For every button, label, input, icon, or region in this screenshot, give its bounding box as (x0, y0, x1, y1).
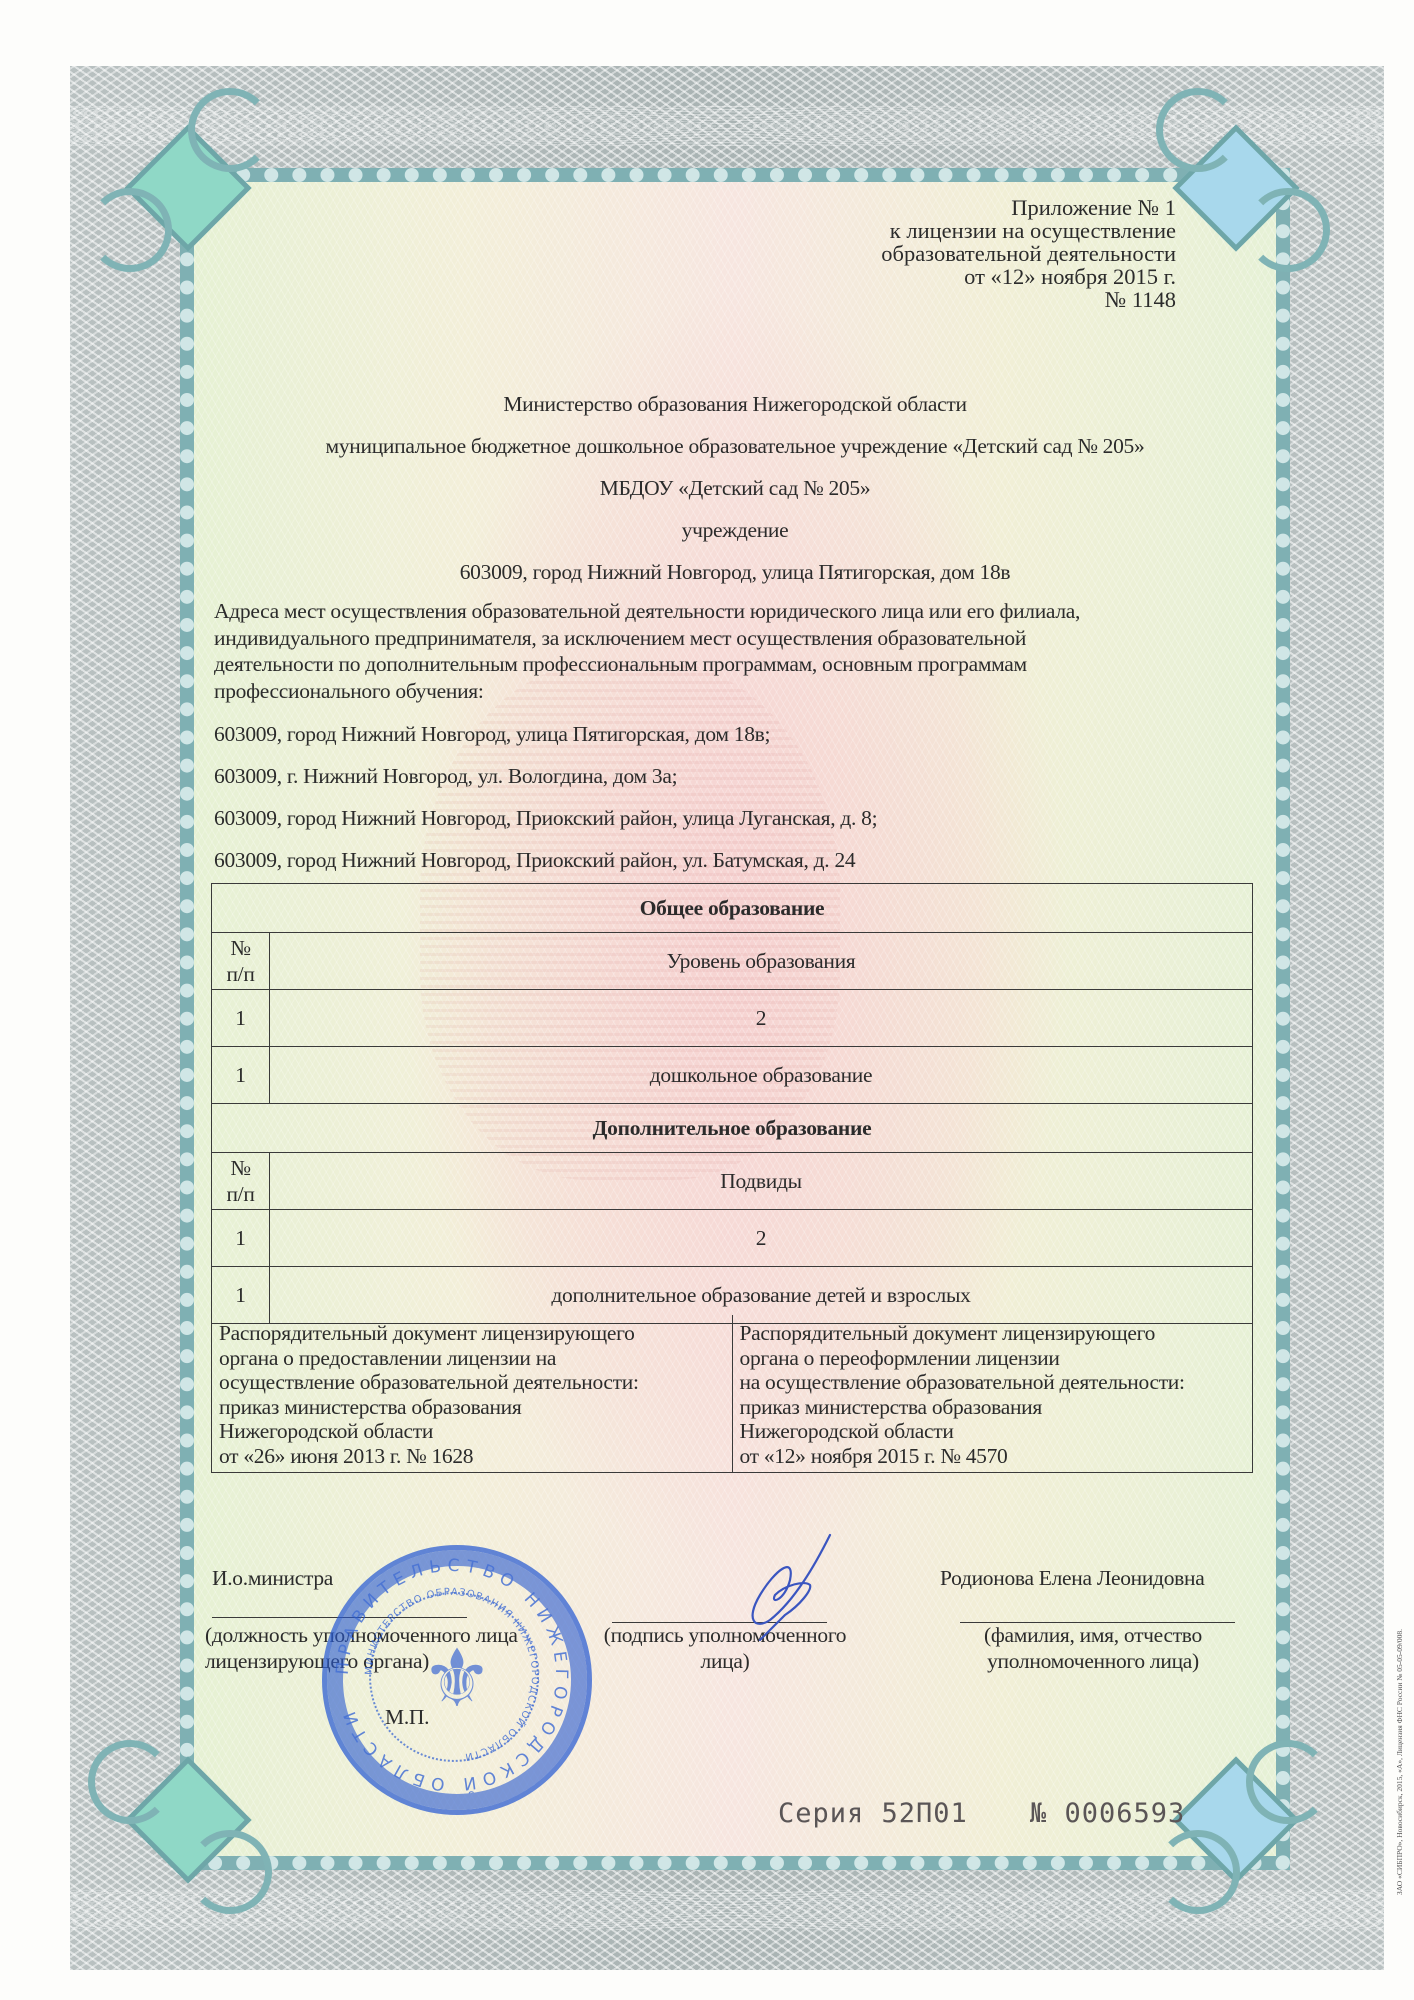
cell-num: 1 (212, 1047, 270, 1104)
cell-num: 1 (212, 990, 270, 1047)
table-index-row: 1 2 (212, 990, 1253, 1047)
authority-name: Министерство образования Нижегородской о… (194, 392, 1276, 417)
education-table: Общее образование №п/п Уровень образован… (211, 883, 1253, 1324)
doc-line: приказ министерства образования (219, 1395, 726, 1420)
intro-line: профессионального обучения: (214, 678, 1254, 705)
official-stamp: ПРАВИТЕЛЬСТВО НИЖЕГОРОДСКОЙ ОБЛАСТИ МИНИ… (322, 1545, 592, 1815)
address-item: 603009, город Нижний Новгород, улица Пят… (214, 722, 770, 747)
cell-value: дошкольное образование (270, 1047, 1253, 1104)
appendix-date: от «12» ноября 2015 г. (881, 265, 1176, 288)
organization-full-name: муниципальное бюджетное дошкольное образ… (194, 434, 1276, 459)
doc-date-number: от «26» июня 2013 г. № 1628 (219, 1444, 726, 1469)
handwritten-signature (700, 1525, 850, 1645)
section-row: Общее образование (212, 884, 1253, 933)
appendix-line: образовательной деятельности (881, 242, 1176, 265)
addresses-intro: Адреса мест осуществления образовательно… (214, 598, 1254, 704)
address-item: 603009, г. Нижний Новгород, ул. Вологдин… (214, 764, 677, 789)
form-number: № 0006593 (1030, 1798, 1185, 1829)
table-row: 1 дошкольное образование (212, 1047, 1253, 1104)
col-subtype-header: Подвиды (270, 1153, 1253, 1210)
doc-line: Распорядительный документ лицензирующего (740, 1321, 1247, 1346)
form-series: Серия 52П01 (778, 1798, 968, 1829)
printer-imprint: ЗАО «СИБПРО», Новосибирск, 2015, «А», Ли… (1395, 1629, 1404, 1895)
doc-date-number: от «12» ноября 2015 г. № 4570 (740, 1444, 1247, 1469)
intro-line: деятельности по дополнительным профессио… (214, 651, 1254, 678)
doc-line: органа о предоставлении лицензии на (219, 1346, 726, 1371)
doc-line: Нижегородской области (219, 1419, 726, 1444)
section-row: Дополнительное образование (212, 1104, 1253, 1153)
intro-line: Адреса мест осуществления образовательно… (214, 598, 1254, 625)
legal-address: 603009, город Нижний Новгород, улица Пят… (194, 560, 1276, 585)
name-caption: (фамилия, имя, отчество уполномоченного … (948, 1622, 1238, 1674)
signatory-name: Родионова Елена Леонидовна (940, 1566, 1204, 1591)
appendix-number: № 1148 (881, 288, 1176, 311)
appendix-header: Приложение № 1 к лицензии на осуществлен… (881, 196, 1176, 311)
cell-value: 2 (270, 990, 1253, 1047)
table-index-row: 1 2 (212, 1210, 1253, 1267)
reissue-order-cell: Распорядительный документ лицензирующего… (732, 1315, 1253, 1473)
administrative-documents-table: Распорядительный документ лицензирующего… (211, 1315, 1253, 1473)
col-num-header: №п/п (212, 933, 270, 990)
grant-order-cell: Распорядительный документ лицензирующего… (212, 1315, 733, 1473)
address-item: 603009, город Нижний Новгород, Приокский… (214, 848, 855, 873)
document-content: Приложение № 1 к лицензии на осуществлен… (0, 0, 1414, 2000)
organization-type: учреждение (194, 518, 1276, 543)
cell-num: 1 (212, 1210, 270, 1267)
col-level-header: Уровень образования (270, 933, 1253, 990)
address-item: 603009, город Нижний Новгород, Приокский… (214, 806, 877, 831)
doc-line: Распорядительный документ лицензирующего (219, 1321, 726, 1346)
col-num-header: №п/п (212, 1153, 270, 1210)
signatory-position: И.о.министра (212, 1566, 333, 1591)
doc-line: органа о переоформлении лицензии (740, 1346, 1247, 1371)
appendix-line: к лицензии на осуществление (881, 219, 1176, 242)
doc-line: приказ министерства образования (740, 1395, 1247, 1420)
double-headed-eagle-icon: ⚜ (412, 1625, 502, 1735)
cell-value: 2 (270, 1210, 1253, 1267)
appendix-title: Приложение № 1 (881, 196, 1176, 219)
intro-line: индивидуального предпринимателя, за искл… (214, 625, 1254, 652)
doc-line: осуществление образовательной деятельнос… (219, 1370, 726, 1395)
doc-line: на осуществление образовательной деятель… (740, 1370, 1247, 1395)
doc-line: Нижегородской области (740, 1419, 1247, 1444)
table-header-row: №п/п Уровень образования (212, 933, 1253, 990)
section-title-additional: Дополнительное образование (212, 1104, 1253, 1153)
section-title-general: Общее образование (212, 884, 1253, 933)
organization-short-name: МБДОУ «Детский сад № 205» (194, 476, 1276, 501)
table-header-row: №п/п Подвиды (212, 1153, 1253, 1210)
